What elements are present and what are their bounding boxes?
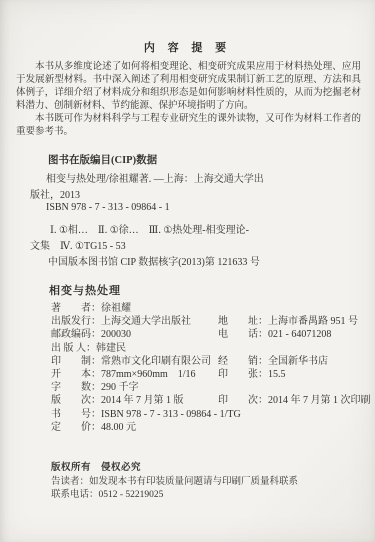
field-label: 出版发行：: [51, 316, 101, 327]
field-label: 印 制：: [51, 356, 101, 367]
field-label: 定 价：: [51, 422, 101, 433]
field-label: 印 次：: [218, 395, 268, 406]
field-label: 字 数：: [51, 382, 101, 393]
field-label: 地 址：: [218, 316, 268, 327]
field-value: 徐祖耀: [101, 303, 131, 314]
contact-phone: 联系电话：0512 - 52219025: [51, 489, 298, 503]
cip-heading: 图书在版编目(CIP)数据: [48, 152, 157, 167]
cip-entry-line: 版社，2013: [30, 186, 80, 201]
field-label: 版 次：: [51, 395, 101, 406]
field-value: 787mm×960mm 1/16: [101, 369, 196, 380]
cip-classification-line: 文集 Ⅳ. ①TG15 - 53: [30, 237, 126, 252]
field-value: 200030: [101, 329, 131, 340]
field-value: 2014 年 7 月第 1 次印刷: [268, 395, 371, 406]
colophon-row: 开 本：787mm×960mm 1/16 印 张：15.5: [51, 368, 365, 381]
field-label: 印 张：: [218, 369, 268, 380]
colophon-row: 书 号：ISBN 978 - 7 - 313 - 09864 - 1/TG: [51, 408, 365, 421]
copyright-page: 内 容 提 要 本书从多维度论述了如何将相变理论、相变研究成果应用于材料热处理、…: [0, 0, 375, 542]
field-value: 韩建民: [96, 343, 126, 354]
colophon-table: 著 者：徐祖耀 出版发行：上海交通大学出版社 地 址：上海市番禺路 951 号 …: [51, 302, 365, 434]
field-value: 2014 年 7 月第 1 版: [101, 395, 184, 406]
field-value: 全国新华书店: [268, 356, 328, 367]
reader-notice: 告读者：如发现本书有印装质量问题请与印刷厂质量科联系: [51, 476, 298, 490]
book-title: 相变与热处理: [49, 282, 121, 298]
colophon-row: 字 数：290 千字: [51, 381, 365, 394]
cip-record-number: 中国版本图书馆 CIP 数据核字(2013)第 121633 号: [48, 253, 260, 268]
field-value: 15.5: [268, 369, 286, 380]
cip-entry-line: 相变与热处理/徐祖耀著. —上海：上海交通大学出: [46, 170, 264, 185]
cip-isbn-line: ISBN 978 - 7 - 313 - 09864 - 1: [46, 202, 170, 213]
summary-heading: 内 容 提 要: [0, 39, 375, 55]
summary-paragraph: 本书既可作为材料科学与工程专业研究生的课外读物，又可作为材料工作者的重要参考书。: [16, 113, 361, 139]
field-value: 上海市番禺路 951 号: [268, 316, 358, 327]
field-value: ISBN 978 - 7 - 313 - 09864 - 1/TG: [101, 409, 241, 420]
colophon-row: 著 者：徐祖耀: [51, 302, 365, 315]
field-value: 48.00 元: [101, 422, 136, 433]
field-label: 电 话：: [218, 329, 268, 340]
summary-paragraph: 本书从多维度论述了如何将相变理论、相变研究成果应用于材料热处理、应用于发展新型材…: [16, 61, 361, 113]
colophon-row: 版 次：2014 年 7 月第 1 版 印 次：2014 年 7 月第 1 次印…: [51, 394, 365, 407]
field-value: 290 千字: [101, 382, 139, 393]
field-label: 书 号：: [51, 409, 101, 420]
field-label: 开 本：: [51, 369, 101, 380]
colophon-row: 出版发行：上海交通大学出版社 地 址：上海市番禺路 951 号: [51, 315, 365, 328]
field-value: 上海交通大学出版社: [101, 316, 191, 327]
footer-block: 版权所有 侵权必究 告读者：如发现本书有印装质量问题请与印刷厂质量科联系 联系电…: [51, 462, 298, 503]
colophon-row: 定 价：48.00 元: [51, 421, 365, 434]
field-value: 常熟市文化印刷有限公司: [101, 356, 211, 367]
copyright-notice: 版权所有 侵权必究: [51, 462, 298, 476]
field-value: 021 - 64071208: [268, 329, 331, 340]
cip-classification-line: Ⅰ. ①相… Ⅱ. ①徐… Ⅲ. ①热处理-相变理论-: [50, 221, 249, 236]
field-label: 出 版 人：: [51, 343, 96, 354]
summary-block: 本书从多维度论述了如何将相变理论、相变研究成果应用于材料热处理、应用于发展新型材…: [16, 61, 361, 139]
colophon-row: 邮政编码：200030 电 话：021 - 64071208: [51, 328, 365, 341]
field-label: 著 者：: [51, 303, 101, 314]
colophon-row: 印 制：常熟市文化印刷有限公司 经 销：全国新华书店: [51, 355, 365, 368]
colophon-row: 出 版 人：韩建民: [51, 342, 365, 355]
field-label: 经 销：: [218, 356, 268, 367]
field-label: 邮政编码：: [51, 329, 101, 340]
